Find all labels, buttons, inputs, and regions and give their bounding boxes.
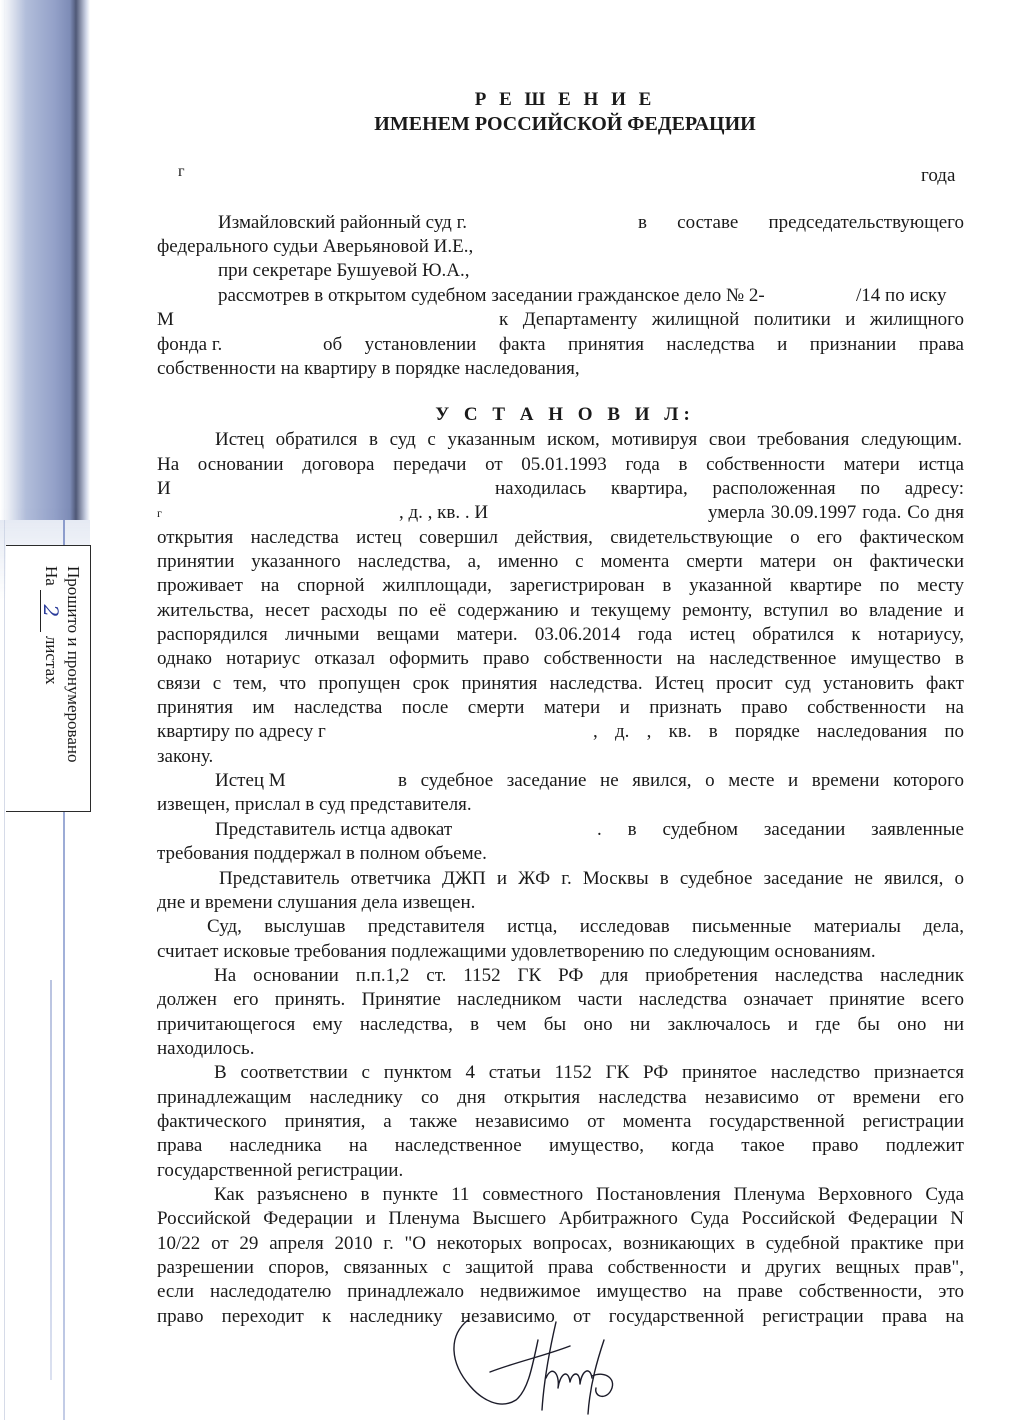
binding-shadow bbox=[0, 0, 90, 520]
body-line: в судебное заседание не явился, о месте … bbox=[398, 769, 964, 793]
intro-line: в составе председательствующего bbox=[638, 211, 964, 235]
stamp-line-2: На 2 листах bbox=[40, 566, 62, 806]
date-suffix: года bbox=[921, 164, 955, 188]
body-line: разрешении споров, связанных с защитой п… bbox=[157, 1256, 964, 1280]
body-line: государственной регистрации. bbox=[157, 1159, 964, 1183]
body-line: находилась квартира, расположенная по ад… bbox=[495, 477, 964, 501]
section-heading: У С Т А Н О В И Л: bbox=[0, 404, 1024, 426]
body-line: г bbox=[157, 501, 162, 525]
body-line: . в судебном заседании заявленные bbox=[597, 818, 964, 842]
body-line: Суд, выслушав представителя истца, иссле… bbox=[207, 915, 964, 939]
body-line: , д. , кв. . И bbox=[399, 501, 488, 525]
document-subtitle: ИМЕНЕМ РОССИЙСКОЙ ФЕДЕРАЦИИ bbox=[0, 113, 1024, 136]
body-line: На основании п.п.1,2 ст. 1152 ГК РФ для … bbox=[214, 964, 964, 988]
body-line: Представитель ответчика ДЖП и ЖФ г. Моск… bbox=[219, 867, 964, 891]
body-line: находилось. bbox=[157, 1037, 964, 1061]
intro-line: рассмотрев в открытом судебном заседании… bbox=[218, 284, 765, 308]
stamp-line-1: Прошито и пронумеровано bbox=[62, 566, 84, 806]
body-line: Российской Федерации и Пленума Высшего А… bbox=[157, 1207, 964, 1231]
body-line: принадлежащим наследнику со дня открытия… bbox=[157, 1086, 964, 1110]
body-line: причитающегося ему наследства, в чем бы … bbox=[157, 1013, 964, 1037]
body-line: требования поддержал в полном объеме. bbox=[157, 842, 964, 866]
body-line: должен его принять. Принятие наследником… bbox=[157, 988, 964, 1012]
page-edge-line bbox=[50, 980, 52, 1380]
sheet-count: 2 bbox=[40, 590, 61, 632]
intro-line: фонда г. bbox=[157, 333, 222, 357]
body-line: В соответствии с пунктом 4 статьи 1152 Г… bbox=[214, 1061, 964, 1085]
body-line: 10/22 от 29 апреля 2010 г. "О некоторых … bbox=[157, 1232, 964, 1256]
body-line: считает исковые требования подлежащими у… bbox=[157, 940, 964, 964]
body-line: , д. , кв. в порядке наследования по bbox=[593, 720, 964, 744]
body-line: фактического принятия, а также независим… bbox=[157, 1110, 964, 1134]
body-line: Истец М bbox=[215, 769, 286, 793]
body-line: Представитель истца адвокат bbox=[215, 818, 452, 842]
intro-line: Измайловский районный суд г. bbox=[218, 211, 467, 235]
body-line: извещен, прислал в суд представителя. bbox=[157, 793, 964, 817]
body-line: дне и времени слушания дела извещен. bbox=[157, 891, 964, 915]
intro-line: об установлении факта принятия наследств… bbox=[323, 333, 964, 357]
body-line: однако нотариус отказал оформить право с… bbox=[157, 647, 964, 671]
intro-line: федерального судьи Аверьяновой И.Е., bbox=[157, 235, 473, 259]
body-line: если наследодателю принадлежало недвижим… bbox=[157, 1280, 964, 1304]
intro-line: к Департаменту жилищной политики и жилищ… bbox=[499, 308, 964, 332]
signature-icon bbox=[420, 1318, 630, 1420]
body-line: Как разъяснено в пункте 11 совместного П… bbox=[214, 1183, 964, 1207]
intro-line: /14 по иску bbox=[856, 284, 947, 308]
body-line: принятия им наследства после смерти мате… bbox=[157, 696, 964, 720]
body-line: связи с тем, что пропущен срок принятия … bbox=[157, 672, 964, 696]
body-line: На основании договора передачи от 05.01.… bbox=[157, 453, 964, 477]
body-line: квартиру по адресу г bbox=[157, 720, 326, 744]
stamp-prefix: На bbox=[40, 566, 62, 586]
stamp-suffix: листах bbox=[40, 636, 62, 685]
body-line: распорядился личными вещами матери. 03.0… bbox=[157, 623, 964, 647]
document-title: Р Е Ш Е Н И Е bbox=[0, 89, 1024, 111]
body-line: И bbox=[157, 477, 171, 501]
body-line: жительства, несет расходы по её содержан… bbox=[157, 599, 964, 623]
body-line: проживает на спорной жилплощади, зарегис… bbox=[157, 574, 964, 598]
binding-stamp: Прошито и пронумеровано На 2 листах bbox=[6, 545, 91, 812]
body-line: открытия наследства истец совершил дейст… bbox=[157, 526, 964, 550]
body-line: права наследника на наследственное имуще… bbox=[157, 1134, 964, 1158]
intro-line: М bbox=[157, 308, 174, 332]
intro-line: собственности на квартиру в порядке насл… bbox=[157, 357, 580, 381]
body-line: умерла 30.09.1997 года. Со дня bbox=[708, 501, 964, 525]
body-line: Истец обратился в суд с указанным иском,… bbox=[215, 428, 962, 452]
body-line: принятии указанного наследства, а, именн… bbox=[157, 550, 964, 574]
date-prefix: г bbox=[178, 160, 185, 184]
intro-line: при секретаре Бушуевой Ю.А., bbox=[218, 259, 470, 283]
body-line: закону. bbox=[157, 745, 964, 769]
